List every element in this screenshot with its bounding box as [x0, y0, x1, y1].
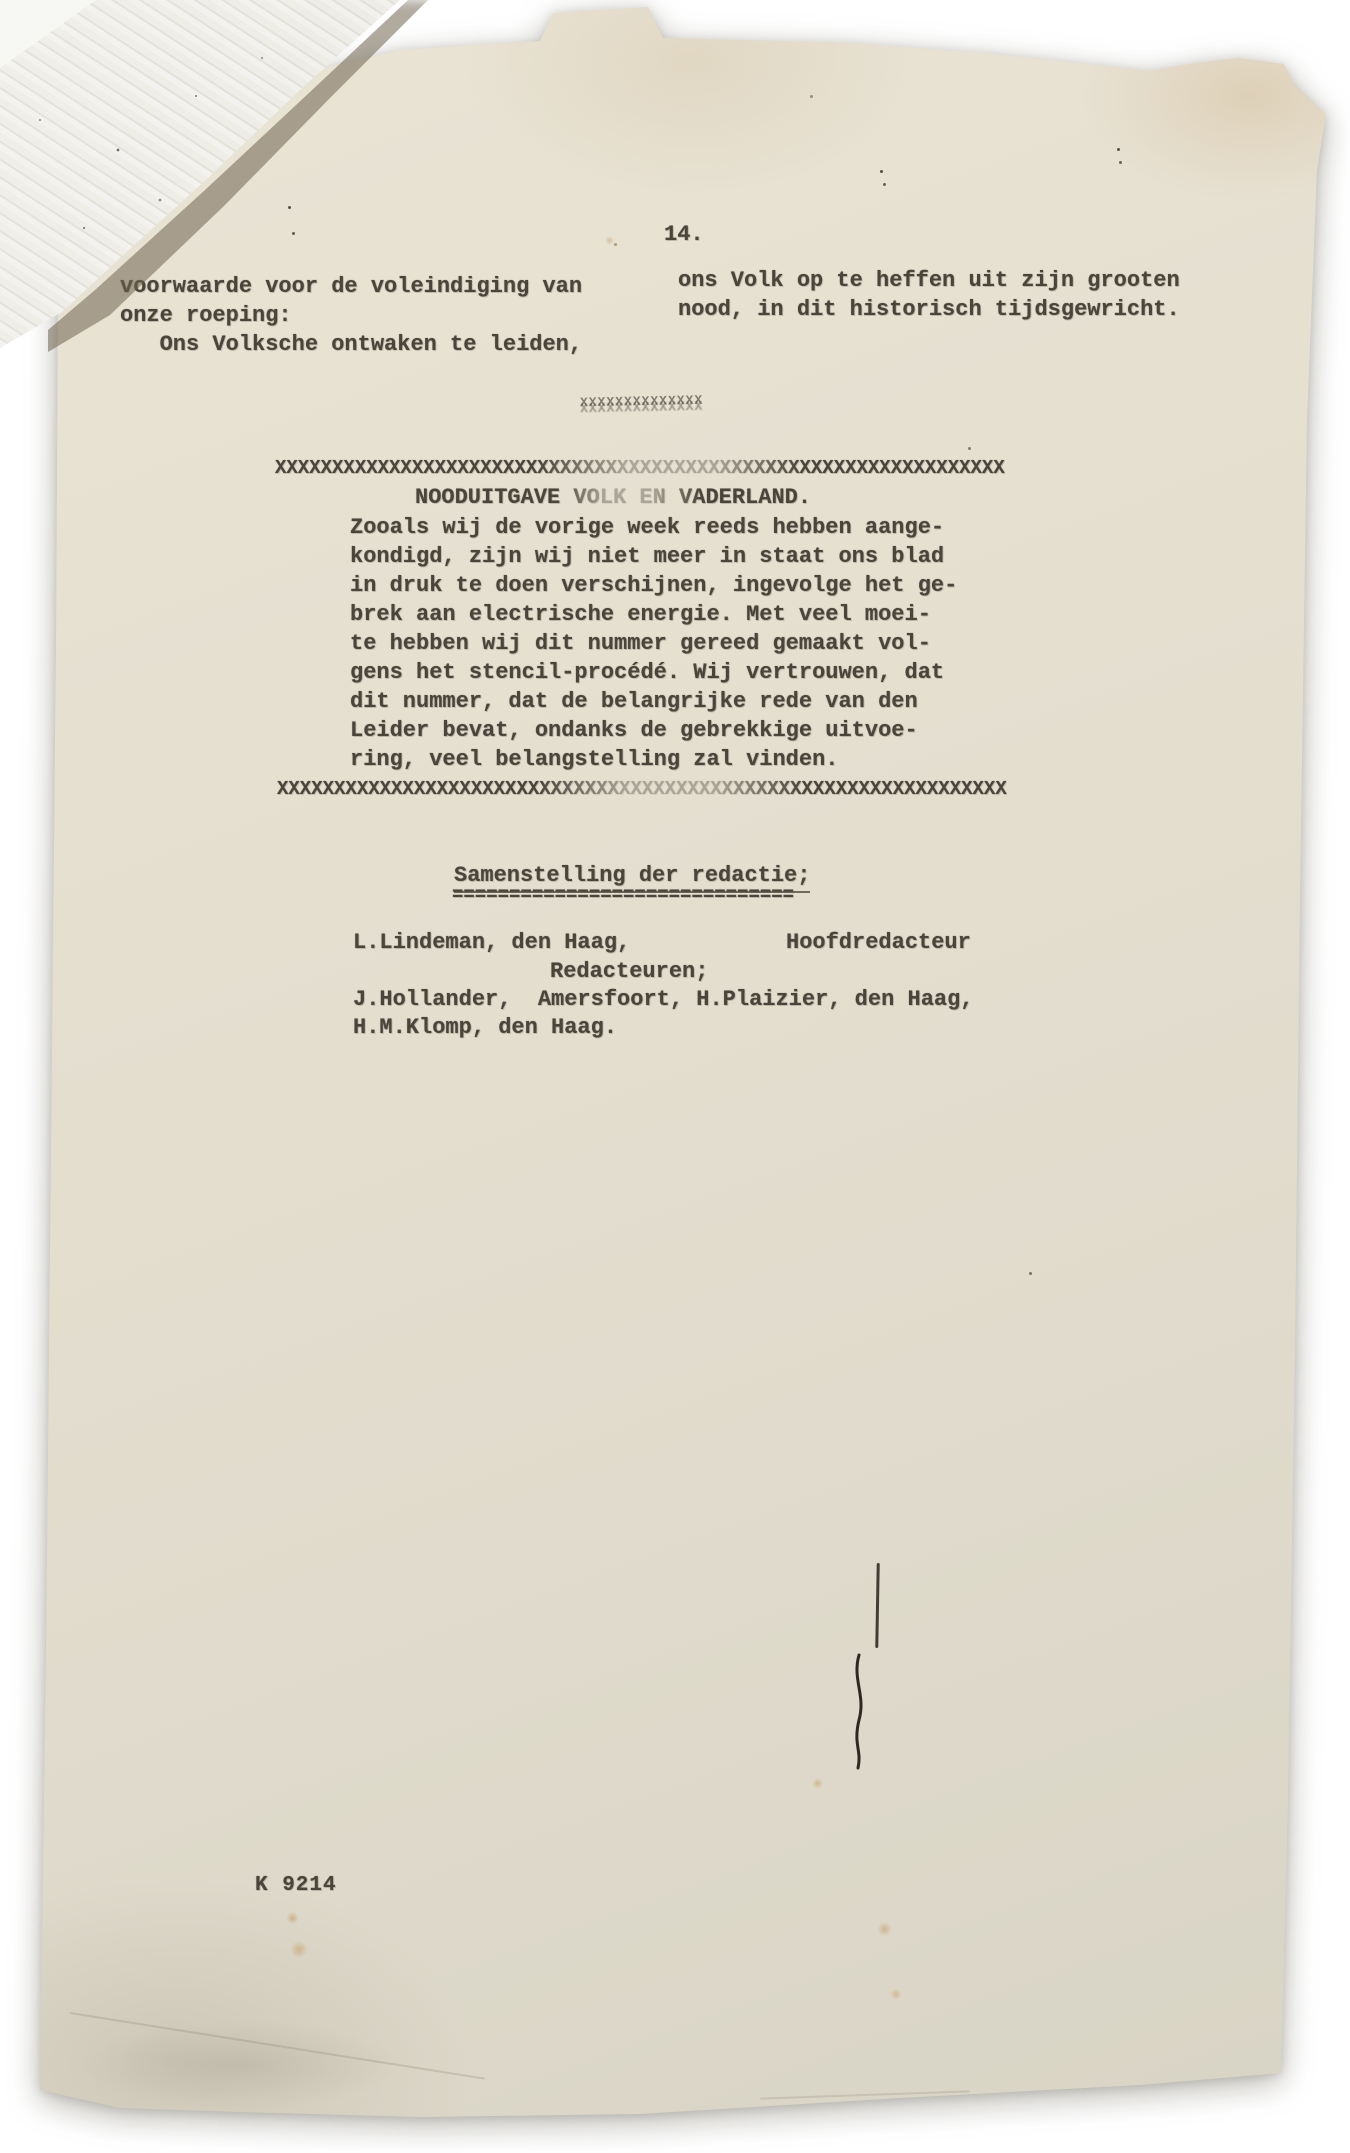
foxing-stain: [290, 1941, 308, 1958]
notice-body-line: ring, veel belangstelling zal vinden.: [350, 745, 957, 774]
scanned-document-photo: 14. voorwaarde voor de voleindiging van …: [0, 0, 1350, 2153]
paper-sheet-wrap: 14. voorwaarde voor de voleindiging van …: [0, 0, 1350, 2153]
redactie-members-line-1: J.Hollander, Amersfoort, H.Plaizier, den…: [353, 985, 974, 1014]
notice-body: Zooals wij de vorige week reeds hebben a…: [350, 513, 957, 774]
notice-title: NOODUITGAVE VOLK EN VADERLAND.: [415, 483, 811, 512]
x-divider-top: XXXXXXXXXXXXXXXXXXXXXXXXXXXXXXXXXXXXXXXX…: [275, 457, 1005, 479]
intro-left-line-3: Ons Volksche ontwaken te leiden,: [120, 330, 582, 359]
page-number: 14.: [664, 220, 704, 249]
foxing-stain: [890, 1988, 902, 2000]
notice-body-line: brek aan electrische energie. Met veel m…: [350, 600, 957, 629]
redactie-subheading: Redacteuren;: [550, 957, 708, 986]
x-divider-bottom: XXXXXXXXXXXXXXXXXXXXXXXXXXXXXXXXXXXXXXXX…: [277, 778, 1007, 800]
notice-body-line: Leider bevat, ondanks de gebrekkige uitv…: [350, 716, 957, 745]
redactie-members-line-2: H.M.Klomp, den Haag.: [353, 1013, 617, 1042]
intro-left-line-2: onze roeping:: [120, 301, 292, 330]
notice-body-line: kondigd, zijn wij niet meer in staat ons…: [350, 542, 957, 571]
ink-specks: [288, 206, 291, 209]
notice-body-line: dit nummer, dat de belangrijke rede van …: [350, 687, 957, 716]
intro-right-line-1: ons Volk op te heffen uit zijn grooten: [678, 266, 1180, 295]
notice-body-line: in druk te doen verschijnen, ingevolge h…: [350, 571, 957, 600]
foxing-stain: [877, 1922, 892, 1936]
foxing-stain: [605, 236, 614, 245]
hair-artifact: [845, 1650, 875, 1775]
redactie-chief-name: L.Lindeman, den Haag,: [353, 928, 630, 957]
redactie-heading-underline-row: ==============================: [452, 884, 794, 906]
notice-body-line: Zooals wij de vorige week reeds hebben a…: [350, 513, 957, 542]
intro-left-line-1: voorwaarde voor de voleindiging van: [120, 272, 582, 301]
foxing-stain: [812, 1778, 823, 1789]
struck-out-text: XXXXXXXXXXXXXX: [580, 393, 704, 411]
foxing-stain: [286, 1912, 299, 1924]
smudge-stain: [80, 2020, 400, 2110]
archive-stamp: K 9214: [255, 1871, 337, 1900]
redactie-chief-role: Hoofdredacteur: [786, 928, 971, 957]
intro-right-line-2: nood, in dit historisch tijdsgewricht.: [678, 295, 1180, 324]
notice-body-line: te hebben wij dit nummer gereed gemaakt …: [350, 629, 957, 658]
notice-body-line: gens het stencil-procédé. Wij vertrouwen…: [350, 658, 957, 687]
